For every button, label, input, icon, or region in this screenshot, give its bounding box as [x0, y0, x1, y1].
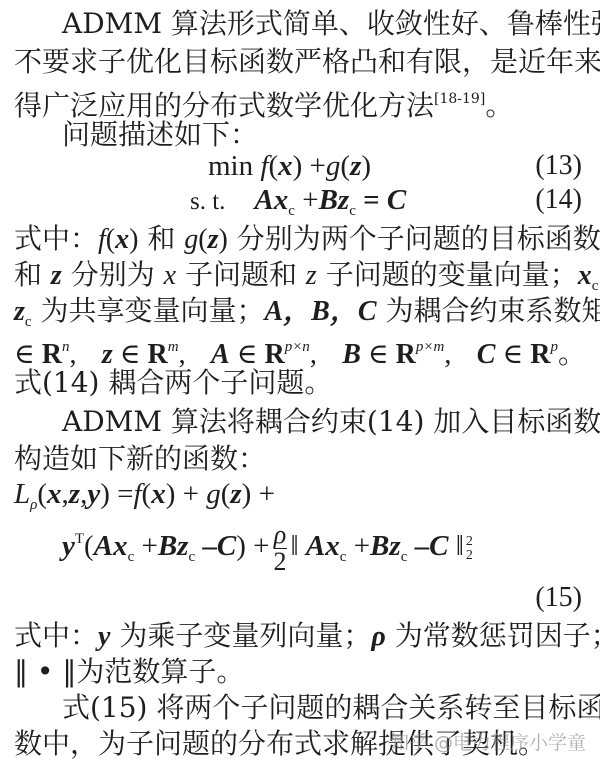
- equation-number-15: (15): [535, 582, 582, 614]
- paragraph-4-line-2: 构造如下新的函数：: [14, 441, 586, 477]
- matrix-C: C: [387, 184, 406, 216]
- text: 为共享变量向量；: [40, 294, 264, 327]
- citation-reference[interactable]: [18-19]: [434, 91, 485, 107]
- function-g: g: [326, 150, 341, 182]
- subscript-c: c: [349, 203, 356, 219]
- transpose: T: [75, 531, 84, 547]
- equation-14: s. t. Axc +Bzc = C: [190, 184, 406, 220]
- equals: =: [363, 184, 380, 216]
- equation-13: min f(x) +g(z): [208, 150, 371, 183]
- text: 式中：: [14, 222, 98, 255]
- var-y: y: [62, 530, 75, 562]
- paragraph-4-line-1: ADMM 算法将耦合约束(14) 加入目标函数中: [62, 404, 586, 440]
- text: 式中：: [14, 619, 98, 652]
- matrices-ABC: A，B，C: [265, 296, 377, 327]
- text: 分别为两个子问题的目标函数；: [237, 222, 600, 255]
- var-z: z: [338, 184, 349, 216]
- equation-number-14: (14): [535, 184, 582, 216]
- paragraph-1-line-2: 不要求子优化目标函数严格凸和有限，是近年来获: [14, 44, 586, 80]
- paragraph-6-line-1: 式(15) 将两个子问题的耦合关系转至目标函: [62, 690, 586, 726]
- fraction-rho-over-2: ρ2: [274, 522, 287, 575]
- text: 子问题的变量向量；: [326, 258, 578, 291]
- problem-intro: 问题描述如下：: [62, 117, 586, 153]
- var-x: x: [274, 184, 289, 216]
- text: 和: [147, 222, 175, 255]
- paragraph-3-line-3: zc 为共享变量向量；A，B，C 为耦合约束系数矩阵；x: [14, 293, 586, 329]
- equation-15-line-2: yT(Axc +Bzc –C) +ρ2‖ Axc +Bzc –C ‖22: [62, 522, 473, 575]
- text: 分别为: [71, 258, 155, 291]
- equation-number-13: (13): [535, 150, 582, 182]
- paragraph-5-line-1: 式中：y 为乘子变量列向量；ρ 为常数惩罚因子；: [14, 618, 586, 654]
- paragraph-3-line-4-set-membership: ∈ Rn, z ∈ Rm, A ∈ Rp×n, B ∈ Rp×m, C ∈ Rp…: [14, 329, 586, 365]
- function-f: f: [260, 150, 268, 182]
- matrix-A: A: [254, 184, 273, 216]
- subscript-c: c: [288, 203, 295, 219]
- lagrangian-L: L: [14, 478, 30, 510]
- var-x: x: [278, 150, 293, 182]
- text: 为常数惩罚因子；: [395, 619, 600, 652]
- subject-to: s. t.: [190, 188, 225, 215]
- paragraph-1-line-3: 得广泛应用的分布式数学优化方法[18-19]。: [14, 81, 586, 117]
- paragraph-1-line-1: ADMM 算法形式简单、收敛性好、鲁棒性强，且: [62, 6, 586, 42]
- text: 为耦合约束系数矩阵；: [385, 294, 600, 327]
- min-operator: min: [208, 150, 253, 182]
- subscript-rho: ρ: [30, 497, 37, 513]
- text: 和: [14, 258, 42, 291]
- paragraph-3-line-1: 式中：f(x) 和 g(z) 分别为两个子问题的目标函数；x: [14, 221, 586, 257]
- text: 为乘子变量列向量；: [119, 619, 371, 652]
- matrix-B: B: [319, 184, 338, 216]
- text: 子问题和: [185, 258, 297, 291]
- equation-15-line-1: Lρ(x,z,y) =f(x) + g(z) +: [14, 478, 275, 514]
- zhihu-watermark: 知乎 @电力程序小学童: [390, 728, 586, 755]
- paragraph-5-line-2: ‖ • ‖为范数算子。: [14, 654, 586, 690]
- paragraph-3-line-2: 和 z 分别为 x 子问题和 z 子问题的变量向量；xc 和: [14, 257, 586, 293]
- var-z: z: [350, 150, 361, 182]
- paragraph-3-line-5: 式(14) 耦合两个子问题。: [14, 365, 586, 401]
- plus: +: [310, 150, 326, 182]
